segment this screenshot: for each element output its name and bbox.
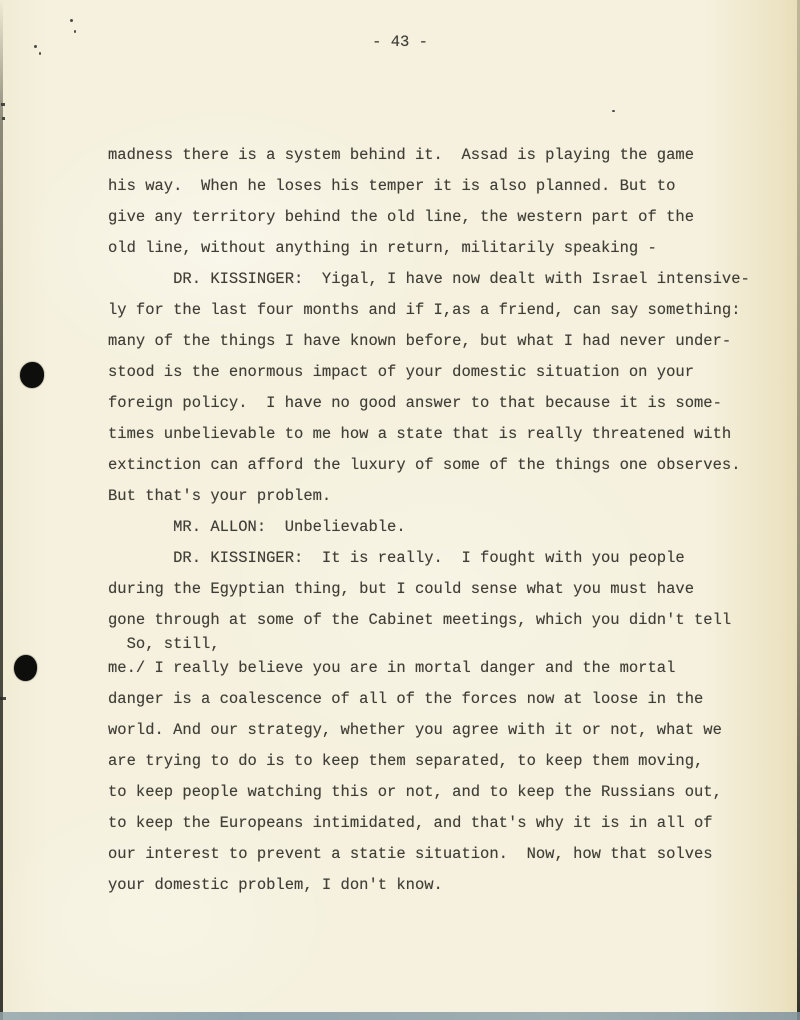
typed-line: DR. KISSINGER: Yigal, I have now dealt w…	[108, 264, 768, 295]
typed-line: madness there is a system behind it. Ass…	[108, 140, 768, 171]
typed-line: give any territory behind the old line, …	[108, 202, 768, 233]
ink-speck	[612, 110, 615, 112]
typed-line: to keep the Europeans intimidated, and t…	[108, 808, 768, 839]
hole-punch-mark-top	[20, 362, 44, 388]
typed-line: ly for the last four months and if I,as …	[108, 295, 768, 326]
typed-line: me./ I really believe you are in mortal …	[108, 653, 768, 684]
typed-line: stood is the enormous impact of your dom…	[108, 357, 768, 388]
typed-line: danger is a coalescence of all of the fo…	[108, 684, 768, 715]
typed-line: many of the things I have known before, …	[108, 326, 768, 357]
typed-line: DR. KISSINGER: It is really. I fought wi…	[108, 543, 768, 574]
typed-line: foreign policy. I have no good answer to…	[108, 388, 768, 419]
typed-line: are trying to do is to keep them separat…	[108, 746, 768, 777]
typed-line: during the Egyptian thing, but I could s…	[108, 574, 768, 605]
typed-line: his way. When he loses his temper it is …	[108, 171, 768, 202]
typed-line: times unbelievable to me how a state tha…	[108, 419, 768, 450]
scanned-document-page: - 43 - madness there is a system behind …	[0, 0, 800, 1020]
typed-line-interlinear-insertion: So, still,	[108, 636, 768, 653]
page-number: - 43 -	[0, 33, 800, 51]
typed-line: our interest to prevent a statie situati…	[108, 839, 768, 870]
scan-bottom-strip	[0, 1012, 800, 1020]
typed-line: extinction can afford the luxury of some…	[108, 450, 768, 481]
hole-punch-mark-bottom	[14, 655, 37, 681]
ink-speck	[34, 45, 37, 48]
typed-line: to keep people watching this or not, and…	[108, 777, 768, 808]
typed-line: old line, without anything in return, mi…	[108, 233, 768, 264]
typed-line: But that's your problem.	[108, 481, 768, 512]
scan-edge-left	[0, 0, 3, 1020]
typed-line: MR. ALLON: Unbelievable.	[108, 512, 768, 543]
ink-speck	[70, 19, 73, 22]
ink-speck	[74, 30, 76, 33]
typed-line: world. And our strategy, whether you agr…	[108, 715, 768, 746]
typed-text-block: madness there is a system behind it. Ass…	[108, 140, 768, 901]
typed-line: your domestic problem, I don't know.	[108, 870, 768, 901]
ink-speck	[39, 52, 41, 55]
typed-line: gone through at some of the Cabinet meet…	[108, 605, 768, 636]
